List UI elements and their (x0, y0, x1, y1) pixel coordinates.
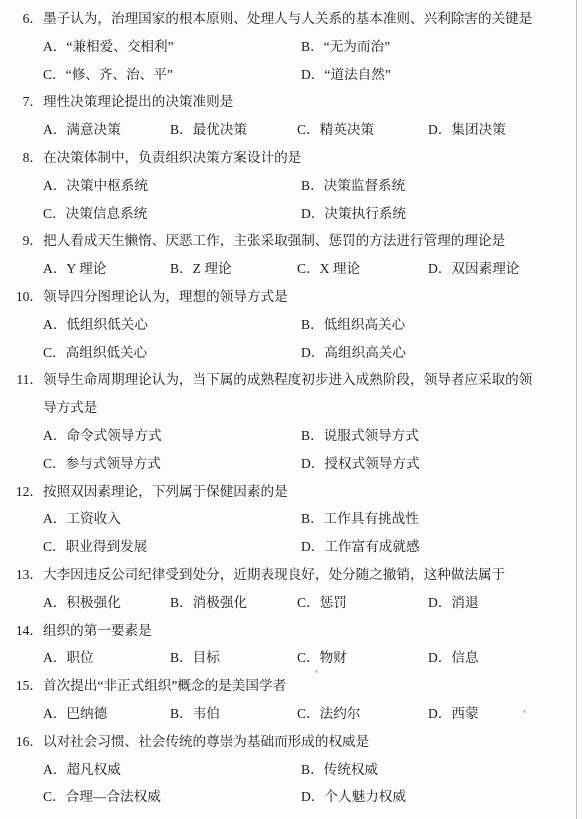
option-label: C． (43, 456, 66, 471)
option-label: B． (170, 261, 193, 276)
question-number: 10． (0, 283, 43, 311)
option-text: 高组织高关心 (324, 345, 406, 360)
question-title-row: 10．领导四分图理论认为，理想的领导方式是 (0, 283, 583, 311)
option: D．消退 (428, 589, 583, 617)
option-text: 工资收入 (66, 511, 120, 526)
question-text: 首次提出“非正式组织”概念的是美国学者 (43, 672, 534, 700)
question-number: 9． (0, 227, 43, 255)
option: B．消极强化 (170, 589, 297, 617)
option-text: 低组织高关心 (324, 317, 406, 332)
options-row: A．“兼相爱、交相利”B．“无为而治” (0, 33, 583, 61)
question-text: 以对社会习惯、社会传统的尊崇为基础而形成的权威是 (43, 728, 534, 756)
option: C．法约尔 (297, 700, 428, 728)
question-block: 13．大李因违反公司纪律受到处分，近期表现良好，处分随之撤销，这种做法属于A．积… (0, 561, 583, 617)
option: B．“无为而治” (301, 33, 583, 61)
question-title-row: 12．按照双因素理论，下列属于保健因素的是 (0, 478, 583, 506)
question-title-row: 6．墨子认为，治理国家的根本原则、处理人与人关系的基本准则、兴利除害的关键是 (0, 5, 583, 33)
option: A．工资收入 (43, 505, 301, 533)
question-number: 7． (0, 88, 43, 116)
option-label: A． (43, 762, 66, 777)
question-title-row: 16．以对社会习惯、社会传统的尊崇为基础而形成的权威是 (0, 728, 583, 756)
option-text: 精英决策 (320, 122, 374, 137)
option-text: “无为而治” (324, 39, 390, 54)
question-number: 14． (0, 617, 43, 645)
question-number: 8． (0, 144, 43, 172)
question-number: 15． (0, 672, 43, 700)
option-label: C． (297, 706, 320, 721)
option: A．积极强化 (43, 589, 170, 617)
options-row: C．参与式领导方式D．授权式领导方式 (0, 450, 583, 478)
option-text: 韦伯 (193, 706, 220, 721)
option-label: C． (43, 345, 66, 360)
option: D．授权式领导方式 (301, 450, 583, 478)
page-scan-edge-line (576, 0, 578, 819)
options-row: A．命令式领导方式B．说服式领导方式 (0, 422, 583, 450)
option: C．参与式领导方式 (43, 450, 301, 478)
option-label: C． (43, 206, 66, 221)
question-block: 12．按照双因素理论，下列属于保健因素的是A．工资收入B．工作具有挑战性C．职业… (0, 478, 583, 561)
option: D．信息 (428, 644, 583, 672)
option: B．韦伯 (170, 700, 297, 728)
option: D．决策执行系统 (301, 200, 583, 228)
option: A．“兼相爱、交相利” (43, 33, 301, 61)
question-title-row: 14．组织的第一要素是 (0, 617, 583, 645)
option: C．精英决策 (297, 116, 428, 144)
question-text: 组织的第一要素是 (43, 617, 534, 645)
option: C．高组织低关心 (43, 339, 301, 367)
question-block: 7．理性决策理论提出的决策准则是A．满意决策B．最优决策C．精英决策D．集团决策 (0, 88, 583, 144)
option-text: 职业得到发展 (66, 539, 148, 554)
option-text: 西蒙 (451, 706, 478, 721)
option-text: 授权式领导方式 (324, 456, 419, 471)
option-label: C． (297, 122, 320, 137)
options-row: A．低组织低关心B．低组织高关心 (0, 311, 583, 339)
question-text: 墨子认为，治理国家的根本原则、处理人与人关系的基本准则、兴利除害的关键是 (43, 5, 534, 33)
question-title-row: 7．理性决策理论提出的决策准则是 (0, 88, 583, 116)
option: C．职业得到发展 (43, 533, 301, 561)
question-number: 13． (0, 561, 43, 589)
option-label: D． (301, 789, 324, 804)
option: A．低组织低关心 (43, 311, 301, 339)
options-row: C．合理—合法权威D．个人魅力权威 (0, 783, 583, 811)
option-text: 集团决策 (451, 122, 505, 137)
options-row: A．决策中枢系统B．决策监督系统 (0, 172, 583, 200)
option-label: C． (43, 67, 66, 82)
option-label: D． (428, 706, 451, 721)
options-row: C．高组织低关心D．高组织高关心 (0, 339, 583, 367)
option-label: B． (301, 428, 324, 443)
option-text: “兼相爱、交相利” (66, 39, 173, 54)
option-label: C． (43, 789, 66, 804)
option: A．职位 (43, 644, 170, 672)
option-text: 职位 (66, 650, 93, 665)
option: B．Z 理论 (170, 255, 297, 283)
option-text: “道法自然” (324, 67, 390, 82)
option-text: Z 理论 (193, 261, 232, 276)
option: A．命令式领导方式 (43, 422, 301, 450)
option-label: D． (428, 650, 451, 665)
option-label: A． (43, 261, 66, 276)
option-label: A． (43, 122, 66, 137)
options-row: C．职业得到发展D．工作富有成就感 (0, 533, 583, 561)
option-text: “修、齐、治、平” (66, 67, 173, 82)
option-text: 说服式领导方式 (324, 428, 419, 443)
option: A．Y 理论 (43, 255, 170, 283)
question-list: 6．墨子认为，治理国家的根本原则、处理人与人关系的基本准则、兴利除害的关键是A．… (0, 5, 583, 811)
option-text: 高组织低关心 (66, 345, 148, 360)
option-label: D． (428, 122, 451, 137)
options-row: A．职位B．目标C．物财D．信息 (0, 644, 583, 672)
option-label: C． (297, 261, 320, 276)
option-text: 决策监督系统 (324, 178, 406, 193)
options-row: C．决策信息系统D．决策执行系统 (0, 200, 583, 228)
question-text: 理性决策理论提出的决策准则是 (43, 88, 534, 116)
option-label: B． (301, 39, 324, 54)
option-label: B． (301, 317, 324, 332)
option: C．惩罚 (297, 589, 428, 617)
option: B．说服式领导方式 (301, 422, 583, 450)
option: D．“道法自然” (301, 61, 583, 89)
options-row: C．“修、齐、治、平”D．“道法自然” (0, 61, 583, 89)
question-block: 8．在决策体制中，负责组织决策方案设计的是A．决策中枢系统B．决策监督系统C．决… (0, 144, 583, 227)
option-text: 惩罚 (320, 595, 347, 610)
question-text: 领导四分图理论认为，理想的领导方式是 (43, 283, 534, 311)
option-text: 目标 (193, 650, 220, 665)
option: B．决策监督系统 (301, 172, 583, 200)
option-label: C． (297, 595, 320, 610)
option-text: 决策中枢系统 (66, 178, 148, 193)
question-block: 16．以对社会习惯、社会传统的尊崇为基础而形成的权威是A．超凡权威B．传统权威C… (0, 728, 583, 811)
option-text: 双因素理论 (451, 261, 519, 276)
option: C．合理—合法权威 (43, 783, 301, 811)
option-text: Y 理论 (66, 261, 106, 276)
option-text: 传统权威 (324, 762, 378, 777)
question-title-row: 11．领导生命周期理论认为，当下属的成熟程度初步进入成熟阶段，领导者应采取的领导… (0, 366, 583, 422)
option-text: 信息 (451, 650, 478, 665)
question-title-row: 8．在决策体制中，负责组织决策方案设计的是 (0, 144, 583, 172)
option-text: 合理—合法权威 (66, 789, 161, 804)
option-label: B． (170, 650, 193, 665)
option: A．超凡权威 (43, 756, 301, 784)
option: D．个人魅力权威 (301, 783, 583, 811)
option-text: X 理论 (320, 261, 360, 276)
option: B．低组织高关心 (301, 311, 583, 339)
option-label: A． (43, 511, 66, 526)
question-block: 9．把人看成天生懒惰、厌恶工作，主张采取强制、惩罚的方法进行管理的理论是A．Y … (0, 227, 583, 283)
option-text: 低组织低关心 (66, 317, 148, 332)
option: B．最优决策 (170, 116, 297, 144)
option: C．决策信息系统 (43, 200, 301, 228)
option-label: B． (301, 178, 324, 193)
option-label: A． (43, 178, 66, 193)
option: B．目标 (170, 644, 297, 672)
option: C．物财 (297, 644, 428, 672)
question-title-row: 15．首次提出“非正式组织”概念的是美国学者 (0, 672, 583, 700)
options-row: A．巴纳德B．韦伯C．法约尔D．西蒙 (0, 700, 583, 728)
question-block: 15．首次提出“非正式组织”概念的是美国学者A．巴纳德B．韦伯C．法约尔D．西蒙 (0, 672, 583, 728)
question-block: 11．领导生命周期理论认为，当下属的成熟程度初步进入成熟阶段，领导者应采取的领导… (0, 366, 583, 477)
option-text: 积极强化 (66, 595, 120, 610)
exam-page: 6．墨子认为，治理国家的根本原则、处理人与人关系的基本准则、兴利除害的关键是A．… (0, 0, 583, 819)
option: A．满意决策 (43, 116, 170, 144)
option: A．巴纳德 (43, 700, 170, 728)
option-label: D． (428, 261, 451, 276)
option-label: C． (297, 650, 320, 665)
option-text: 消极强化 (193, 595, 247, 610)
question-text: 在决策体制中，负责组织决策方案设计的是 (43, 144, 534, 172)
option-label: A． (43, 650, 66, 665)
option-label: B． (170, 595, 193, 610)
option-text: 决策执行系统 (324, 206, 406, 221)
option: A．决策中枢系统 (43, 172, 301, 200)
option-label: C． (43, 539, 66, 554)
option-label: B． (170, 122, 193, 137)
option-text: 工作富有成就感 (324, 539, 419, 554)
question-number: 6． (0, 5, 43, 33)
question-text: 大李因违反公司纪律受到处分，近期表现良好，处分随之撤销，这种做法属于 (43, 561, 534, 589)
options-row: A．积极强化B．消极强化C．惩罚D．消退 (0, 589, 583, 617)
option-label: D． (428, 595, 451, 610)
option: D．工作富有成就感 (301, 533, 583, 561)
option-label: D． (301, 539, 324, 554)
scan-speck (315, 670, 318, 673)
option-label: A． (43, 595, 66, 610)
option-label: A． (43, 428, 66, 443)
question-number: 16． (0, 728, 43, 756)
options-row: A．Y 理论B．Z 理论C．X 理论D．双因素理论 (0, 255, 583, 283)
question-block: 10．领导四分图理论认为，理想的领导方式是A．低组织低关心B．低组织高关心C．高… (0, 283, 583, 366)
option-text: 满意决策 (66, 122, 120, 137)
option-text: 命令式领导方式 (66, 428, 161, 443)
option: C．X 理论 (297, 255, 428, 283)
option-text: 工作具有挑战性 (324, 511, 419, 526)
option-label: B． (301, 762, 324, 777)
question-title-row: 13．大李因违反公司纪律受到处分，近期表现良好，处分随之撤销，这种做法属于 (0, 561, 583, 589)
option-label: D． (301, 67, 324, 82)
option: D．双因素理论 (428, 255, 583, 283)
option-text: 个人魅力权威 (324, 789, 406, 804)
question-text: 把人看成天生懒惰、厌恶工作，主张采取强制、惩罚的方法进行管理的理论是 (43, 227, 534, 255)
question-text: 按照双因素理论，下列属于保健因素的是 (43, 478, 534, 506)
question-number: 11． (0, 366, 43, 422)
option: D．集团决策 (428, 116, 583, 144)
options-row: A．超凡权威B．传统权威 (0, 756, 583, 784)
option-text: 消退 (451, 595, 478, 610)
question-title-row: 9．把人看成天生懒惰、厌恶工作，主张采取强制、惩罚的方法进行管理的理论是 (0, 227, 583, 255)
options-row: A．工资收入B．工作具有挑战性 (0, 505, 583, 533)
option: B．传统权威 (301, 756, 583, 784)
question-text: 领导生命周期理论认为，当下属的成熟程度初步进入成熟阶段，领导者应采取的领导方式是 (43, 366, 534, 422)
option-label: A． (43, 706, 66, 721)
option-text: 最优决策 (193, 122, 247, 137)
option: D．高组织高关心 (301, 339, 583, 367)
option-label: D． (301, 206, 324, 221)
option-text: 超凡权威 (66, 762, 120, 777)
option-text: 法约尔 (320, 706, 361, 721)
option-text: 物财 (320, 650, 347, 665)
options-row: A．满意决策B．最优决策C．精英决策D．集团决策 (0, 116, 583, 144)
option-label: D． (301, 345, 324, 360)
option-label: D． (301, 456, 324, 471)
option-label: A． (43, 39, 66, 54)
option-text: 巴纳德 (66, 706, 107, 721)
question-block: 6．墨子认为，治理国家的根本原则、处理人与人关系的基本准则、兴利除害的关键是A．… (0, 5, 583, 88)
scan-speck (523, 710, 526, 713)
option-label: B． (170, 706, 193, 721)
option-label: A． (43, 317, 66, 332)
option-text: 参与式领导方式 (66, 456, 161, 471)
option-text: 决策信息系统 (66, 206, 148, 221)
option-label: B． (301, 511, 324, 526)
option: D．西蒙 (428, 700, 583, 728)
question-block: 14．组织的第一要素是A．职位B．目标C．物财D．信息 (0, 617, 583, 673)
option: C．“修、齐、治、平” (43, 61, 301, 89)
question-number: 12． (0, 478, 43, 506)
option: B．工作具有挑战性 (301, 505, 583, 533)
